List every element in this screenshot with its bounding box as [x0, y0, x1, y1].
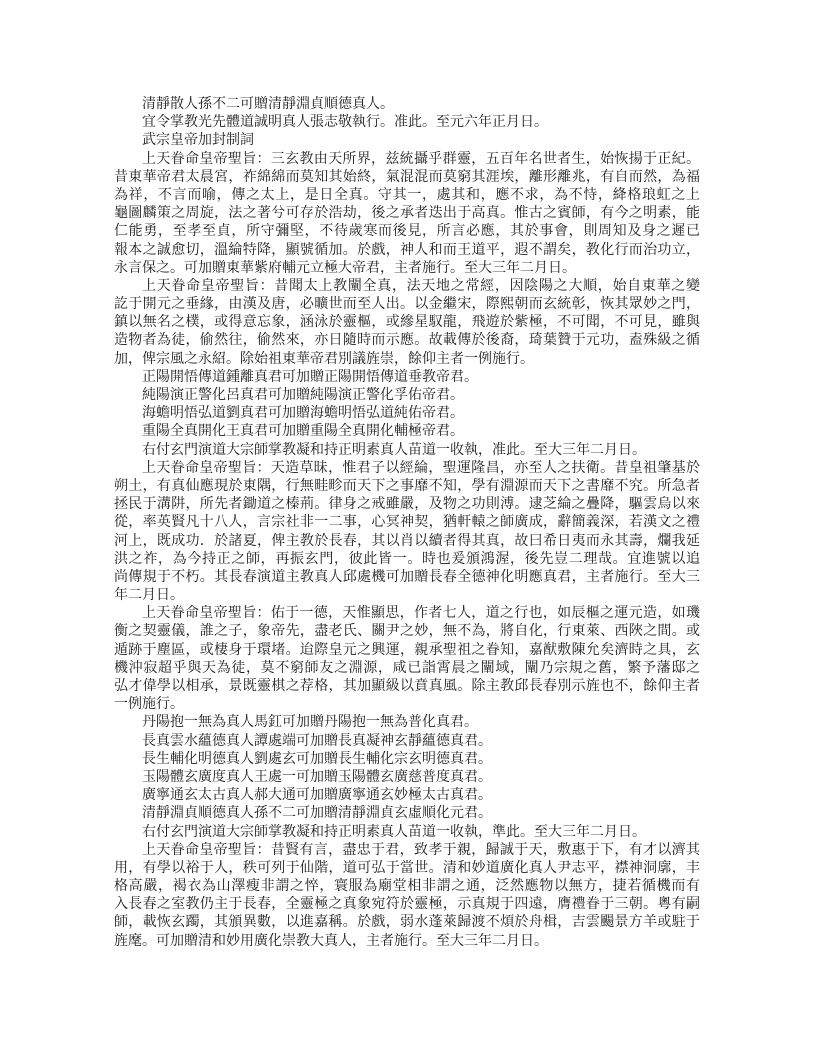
text-line: 玉陽體玄廣度真人王處一可加贈玉陽體玄廣慈普度真君。 — [114, 769, 700, 787]
text-line: 丹陽抱一無為真人馬釭可加贈丹陽抱一無為普化真君。 — [114, 714, 700, 732]
text-line: 上天眷命皇帝聖旨：三玄教由天所界，兹統攝乎群靈，五百年名世者生，始恢揚于正紀。 — [114, 151, 700, 169]
text-line: 朔土，有真仙應現於東隅，行無畦畛而天下之事靡不知，學有淵源而天下之書靡不究。所急… — [114, 478, 700, 496]
text-line: 宜令掌教光先體道誠明真人張志敬執行。准此。至元六年正月日。 — [114, 114, 700, 132]
text-line: 右付玄門演道大宗師掌教凝和持正明素真人苗道一收執，准此。至大三年二月日。 — [114, 442, 700, 460]
text-line: 報本之誠愈切，溫綸特降，顯號循加。於戲，神人和而王道平，遐不謂矣，教化行而治功立… — [114, 242, 700, 260]
text-line: 年二月日。 — [114, 587, 700, 605]
text-line: 格高嚴，褐衣為山澤瘦非謂之悴，寰服為廟堂相非謂之通，泛然應物以無方，捷若循機而有… — [114, 878, 700, 896]
text-line: 右付玄門演道大宗師掌教凝和持正明素真人苗道一收執，準此。至大三年二月日。 — [114, 824, 700, 842]
text-line: 旌麾。可加贈清和妙用廣化崇教大真人，主者施行。至大三年二月日。 — [114, 933, 700, 951]
text-line: 上天眷命皇帝聖旨：昔聞太上教闡全真，法天地之常經，因陰陽之大順，始自東華之變現， — [114, 278, 700, 296]
text-line: 清靜淵貞順德真人孫不二可加贈清靜淵貞玄虛順化元君。 — [114, 805, 700, 823]
text-line: 上天眷命皇帝聖旨：天造草昧，惟君子以經綸，聖運隆昌，亦至人之扶衛。昔皇祖肇基於 — [114, 460, 700, 478]
text-line: 河上，既成功．於諸夏，俾主教於長春，其以肖以續者得其真，故曰希日夷而永其壽，爛我… — [114, 533, 700, 551]
text-line: 海蟾明悟弘道劉真君可加贈海蟾明悟弘道純佑帝君。 — [114, 405, 700, 423]
text-line: 正陽開悟傳道鍾離真君可加贈正陽開悟傳道垂教帝君。 — [114, 369, 700, 387]
text-line: 為祥，不言而喻，傳之太上，是日全真。守其一，處其和，應不求，為不恃，絳格琅虹之上… — [114, 187, 700, 205]
text-line: 龜圖麟策之周旋，法之著兮可存於浩劫，後之承者迭出于高真。惟古之賓師，有今之明素，… — [114, 205, 700, 223]
document-text-block: 清靜散人孫不二可贈清靜淵貞順德真人。宜令掌教光先體道誠明真人張志敬執行。准此。至… — [114, 96, 700, 951]
text-line: 上天眷命皇帝聖旨：佑于一德，天惟顯思，作者七人，道之行也，如辰樞之運元造，如璣 — [114, 605, 700, 623]
text-line: 加，俾宗風之永紹。除始祖東華帝君別議旌崇，餘仰主者一例施行。 — [114, 351, 700, 369]
text-line: 一例施行。 — [114, 696, 700, 714]
text-line: 衡之契靈儀，誰之子，象帝先，盡老氏、關尹之妙，無不為，將自化，行東萊、西陜之間。… — [114, 623, 700, 641]
text-line: 昔東華帝君太晨宮，祚綿綿而莫知其始終，氣混混而莫窮其涯埃，離形離兆，有自而然，為… — [114, 169, 700, 187]
text-line: 純陽演正警化呂真君可加贈純陽演正警化孚佑帝君。 — [114, 387, 700, 405]
text-line: 師，載恢玄躅，其頒異數，以進嘉稱。於戲，弱水蓬萊歸渡不煩於舟楫，吉雲颺景方羊或駐… — [114, 914, 700, 932]
text-line: 洪之祚，為今持正之師，再振玄門，彼此皆一。時也爰頒鴻渥，後先豈二理哉。宜進號以追… — [114, 551, 700, 569]
text-line: 重陽全真開化王真君可加贈重陽全真開化輔極帝君。 — [114, 423, 700, 441]
text-line: 武宗皇帝加封制詞 — [114, 132, 700, 150]
text-line: 清靜散人孫不二可贈清靜淵貞順德真人。 — [114, 96, 700, 114]
text-line: 機沖寂超乎與天為徒，莫不窮師友之淵源，咸已詣霄晨之闡域，闡乃宗規之舊，繁予藩邸之… — [114, 660, 700, 678]
text-line: 仁能勇，至孝至貞，所守彌堅，不待歲寒而後見，所言必應，其於事會，則周知及身之遲已… — [114, 223, 700, 241]
text-line: 尚傳規于不朽。其長春演道主教真人邱處機可加贈長春全德神化明應真君，主者施行。至大… — [114, 569, 700, 587]
text-line: 上天眷命皇帝聖旨：昔賢有言，盡忠于君，致孝于親，歸誠于天，敷惠于下，有才以濟其 — [114, 842, 700, 860]
text-line: 造物者為徒，偷然往，偷然來，亦日隨時而示應。故載傳於後裔，琦葉贊于元功，盍殊級之… — [114, 332, 700, 350]
text-line: 從，率英賢凡十八人，言宗社非一二事，心冥神契，猶軒轅之師廣成，辭簡義深，若漢文之… — [114, 514, 700, 532]
text-line: 入長春之室教仍主于長春，全靈極之真象宛符於靈極，示真規于四遠，膺禮眷于三朝。粵有… — [114, 896, 700, 914]
text-line: 長生輔化明德真人劉處玄可加贈長生輔化宗玄明德真君。 — [114, 751, 700, 769]
text-line: 弘才偉學以相承，景既靈棋之荐格，其加顯級以賁真風。除主教邱長春別示旌也不，餘仰主… — [114, 678, 700, 696]
text-line: 拯民于溝阱，所先者鋤道之榛荊。律身之戒雖嚴，及物之功則溥。逮芝綸之疊降，驅雲烏以… — [114, 496, 700, 514]
document-page: 清靜散人孫不二可贈清靜淵貞順德真人。宜令掌教光先體道誠明真人張志敬執行。准此。至… — [0, 0, 816, 1056]
text-line: 用，有學以裕于人，秩可列于仙階，道可弘于當世。清和妙道廣化真人尹志平，襟神洞廓，… — [114, 860, 700, 878]
text-line: 遁跡于塵區，或棲身于環堵。迨際皇元之興運，親承聖祖之眷知，嘉猷敷陳允矣濟時之具，… — [114, 642, 700, 660]
text-line: 訖于開元之垂緣，由漢及唐，必曠世而至人出。以金繼宋，際熙朝而玄統彰，恢其眾妙之門… — [114, 296, 700, 314]
text-line: 永言保之。可加贈東華紫府輔元立極大帝君，主者施行。至大三年二月日。 — [114, 260, 700, 278]
text-line: 廣寧通玄太古真人郝大通可加贈廣寧通玄妙極太古真君。 — [114, 787, 700, 805]
text-line: 長真雲水蘊德真人譚處端可加贈長真凝神玄靜蘊德真君。 — [114, 733, 700, 751]
text-line: 鎮以無名之樸，或得意忘象，涵泳於靈樞，或縿星馭龍，飛遊於紫極，不可聞，不可見，雖… — [114, 314, 700, 332]
